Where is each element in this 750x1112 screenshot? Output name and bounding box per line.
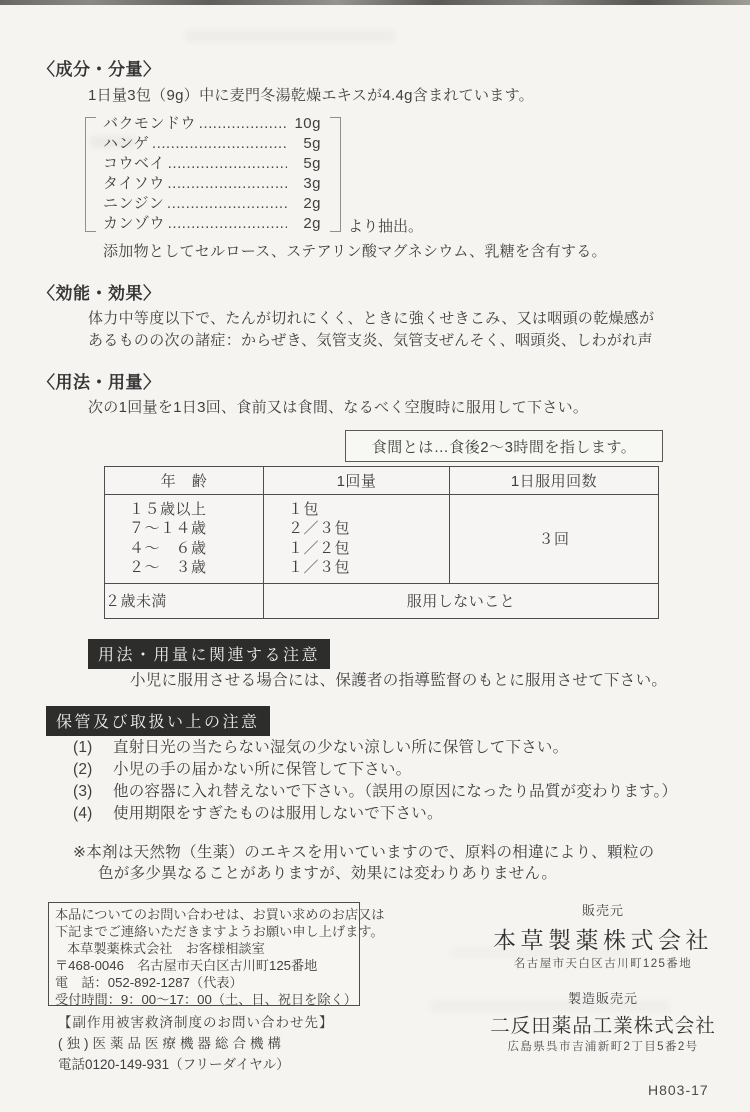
section-heading-effects: 〈効能・効果〉 (38, 279, 161, 304)
between-meals-note-box: 食間とは…食後2〜3時間を指します。 (345, 430, 663, 462)
ingredient-amount: 10g (289, 114, 321, 134)
dose-value: １／２包 (288, 539, 449, 558)
adr-relief-block: 【副作用被害救済制度のお問い合わせ先】 (独)医薬品医療機器総合機構 電話012… (58, 1012, 334, 1075)
dose-value: １／３包 (288, 558, 449, 577)
ingredient-amount: 5g (289, 154, 321, 174)
ingredient-amount: 2g (289, 194, 321, 214)
leader-dots: ………………………………… (151, 134, 287, 154)
ingredients-bracket-group: バクモンドウ ………………………………… 10g ハンゲ ……………………………… (85, 114, 341, 234)
age-cell: １５歳以上 ７〜１４歳 ４〜 ６歳 ２〜 ３歳 (105, 495, 264, 584)
storage-item-number: (2) (73, 759, 113, 781)
seller-block: 販売元 本草製薬株式会社 名古屋市天白区古川町125番地 (443, 900, 750, 971)
manufacturer-address: 広島県呉市吉浦新町2丁目5番2号 (443, 1038, 750, 1054)
contact-line: 下記までご連絡いただきますようお願い申し上げます。 (55, 924, 353, 941)
seller-address: 名古屋市天白区古川町125番地 (443, 955, 750, 971)
age-value: ７〜１４歳 (129, 519, 263, 538)
ingredient-amount: 5g (289, 134, 321, 154)
ingredient-amount: 3g (289, 174, 321, 194)
ingredients-intro: 1日量3包（9g）中に麦門冬湯乾燥エキスが4.4g含まれています。 (88, 85, 534, 107)
document-code: H803-17 (648, 1082, 709, 1098)
ingredient-name: カンゾウ (103, 214, 165, 234)
storage-item-number: (3) (73, 781, 113, 803)
leader-dots: ………………………………… (167, 174, 287, 194)
storage-caution-list: (1) 直射日光の当たらない湿気の少ない涼しい所に保管して下さい。 (2) 小児… (73, 737, 677, 825)
adr-relief-organization: (独)医薬品医療機器総合機構 (58, 1033, 334, 1054)
ingredient-name: タイソウ (103, 174, 165, 194)
storage-caution-badge: 保管及び取扱い上の注意 (46, 706, 270, 736)
seller-label: 販売元 (443, 900, 750, 919)
daily-count-cell: ３回 (450, 495, 659, 584)
adr-relief-phone: 電話0120-149-931（フリーダイヤル） (58, 1054, 334, 1075)
manufacturer-label: 製造販売元 (443, 988, 750, 1007)
effects-line2: あるものの次の諸症：からぜき、気管支炎、気管支ぜんそく、咽頭炎、しわがれ声 (88, 330, 653, 352)
package-insert-page: 〈成分・分量〉 1日量3包（9g）中に麦門冬湯乾燥エキスが4.4g含まれています… (0, 0, 750, 1112)
ingredient-row: バクモンドウ ………………………………… 10g (103, 114, 321, 134)
underage-note-cell: 服用しないこと (264, 583, 659, 618)
leader-dots: ………………………………… (167, 214, 287, 234)
manufacturer-block: 製造販売元 二反田薬品工業株式会社 広島県呉市吉浦新町2丁目5番2号 (443, 988, 750, 1054)
col-header-dose: 1回量 (264, 467, 450, 495)
manufacturer-company-name: 二反田薬品工業株式会社 (443, 1010, 750, 1038)
dose-value: １包 (288, 500, 449, 519)
col-header-daily-count: 1日服用回数 (450, 467, 659, 495)
effects-line1: 体力中等度以下で、たんが切れにくく、ときに強くせきこみ、又は咽頭の乾燥感が (88, 308, 654, 330)
dosage-intro: 次の1回量を1日3回、食前又は食間、なるべく空腹時に服用して下さい。 (88, 397, 588, 419)
age-value: １５歳以上 (129, 500, 263, 519)
dose-value: ２／３包 (288, 519, 449, 538)
storage-item: (1) 直射日光の当たらない湿気の少ない涼しい所に保管して下さい。 (73, 737, 677, 759)
storage-item-number: (4) (73, 803, 113, 825)
storage-item-number: (1) (73, 737, 113, 759)
section-heading-dosage: 〈用法・用量〉 (38, 368, 161, 393)
ingredient-row: タイソウ ………………………………… 3g (103, 174, 321, 194)
natural-origin-note-line2: 色が多少異なることがありますが、効果には変わりありません。 (98, 863, 557, 885)
ingredient-amount: 2g (289, 214, 321, 234)
contact-phone: 電 話：052-892-1287（代表） (55, 975, 353, 992)
ingredient-name: バクモンドウ (103, 114, 196, 134)
ingredient-list: バクモンドウ ………………………………… 10g ハンゲ ……………………………… (103, 114, 321, 233)
contact-hours: 受付時間：9：00〜17：00（土、日、祝日を除く） (55, 992, 353, 1009)
dosage-table-header-row: 年 齢 1回量 1日服用回数 (105, 467, 659, 495)
natural-origin-note-line1: ※本剤は天然物（生薬）のエキスを用いていますので、原料の相違により、顆粒の (73, 842, 654, 864)
showthrough-smudge (185, 30, 395, 42)
ingredient-row: ハンゲ ………………………………… 5g (103, 134, 321, 154)
dosage-caution-badge: 用法・用量に関連する注意 (88, 639, 330, 669)
storage-item-text: 小児の手の届かない所に保管して下さい。 (113, 759, 411, 781)
dosage-table: 年 齢 1回量 1日服用回数 １５歳以上 ７〜１４歳 ４〜 ６歳 ２〜 ３歳 １… (104, 466, 659, 619)
contact-line: 本品についてのお問い合わせは、お買い求めのお店又は (55, 907, 353, 924)
age-value: ４〜 ６歳 (129, 539, 263, 558)
extraction-note: より抽出。 (348, 215, 423, 236)
section-heading-ingredients: 〈成分・分量〉 (38, 55, 161, 80)
storage-item: (4) 使用期限をすぎたものは服用しないで下さい。 (73, 803, 677, 825)
contact-company: 本草製薬株式会社 お客様相談室 (55, 941, 353, 958)
age-value: ２〜 ３歳 (129, 558, 263, 577)
seller-company-name: 本草製薬株式会社 (443, 922, 750, 955)
underage-cell: ２歳未満 (105, 583, 264, 618)
leader-dots: ………………………………… (198, 114, 287, 134)
scan-edge-artifact (0, 0, 750, 5)
contact-info-box: 本品についてのお問い合わせは、お買い求めのお店又は 下記までご連絡いただきますよ… (48, 902, 360, 1006)
leader-dots: ………………………………… (166, 194, 287, 214)
leader-dots: ………………………………… (167, 154, 287, 174)
ingredient-name: コウベイ (103, 154, 165, 174)
bracket-left (85, 117, 96, 232)
storage-item-text: 他の容器に入れ替えないで下さい。（誤用の原因になったり品質が変わります。） (113, 781, 677, 803)
bracket-right (330, 117, 341, 232)
dosage-table-underage-row: ２歳未満 服用しないこと (105, 583, 659, 618)
dosage-table-main-row: １５歳以上 ７〜１４歳 ４〜 ６歳 ２〜 ３歳 １包 ２／３包 １／２包 １／３… (105, 495, 659, 584)
ingredient-row: コウベイ ………………………………… 5g (103, 154, 321, 174)
adr-relief-title: 【副作用被害救済制度のお問い合わせ先】 (58, 1012, 334, 1033)
storage-item: (2) 小児の手の届かない所に保管して下さい。 (73, 759, 677, 781)
storage-item: (3) 他の容器に入れ替えないで下さい。（誤用の原因になったり品質が変わります。… (73, 781, 677, 803)
contact-address: 〒468-0046 名古屋市天白区古川町125番地 (55, 958, 353, 975)
ingredient-name: ハンゲ (103, 134, 149, 154)
additives-note: 添加物としてセルロース、ステアリン酸マグネシウム、乳糖を含有する。 (103, 241, 607, 263)
ingredient-row: ニンジン ………………………………… 2g (103, 194, 321, 214)
dose-cell: １包 ２／３包 １／２包 １／３包 (264, 495, 450, 584)
dosage-caution-text: 小児に服用させる場合には、保護者の指導監督のもとに服用させて下さい。 (130, 670, 667, 692)
storage-item-text: 直射日光の当たらない湿気の少ない涼しい所に保管して下さい。 (113, 737, 568, 759)
storage-item-text: 使用期限をすぎたものは服用しないで下さい。 (113, 803, 443, 825)
ingredient-name: ニンジン (103, 194, 164, 214)
col-header-age: 年 齢 (105, 467, 264, 495)
ingredient-row: カンゾウ ………………………………… 2g (103, 214, 321, 234)
